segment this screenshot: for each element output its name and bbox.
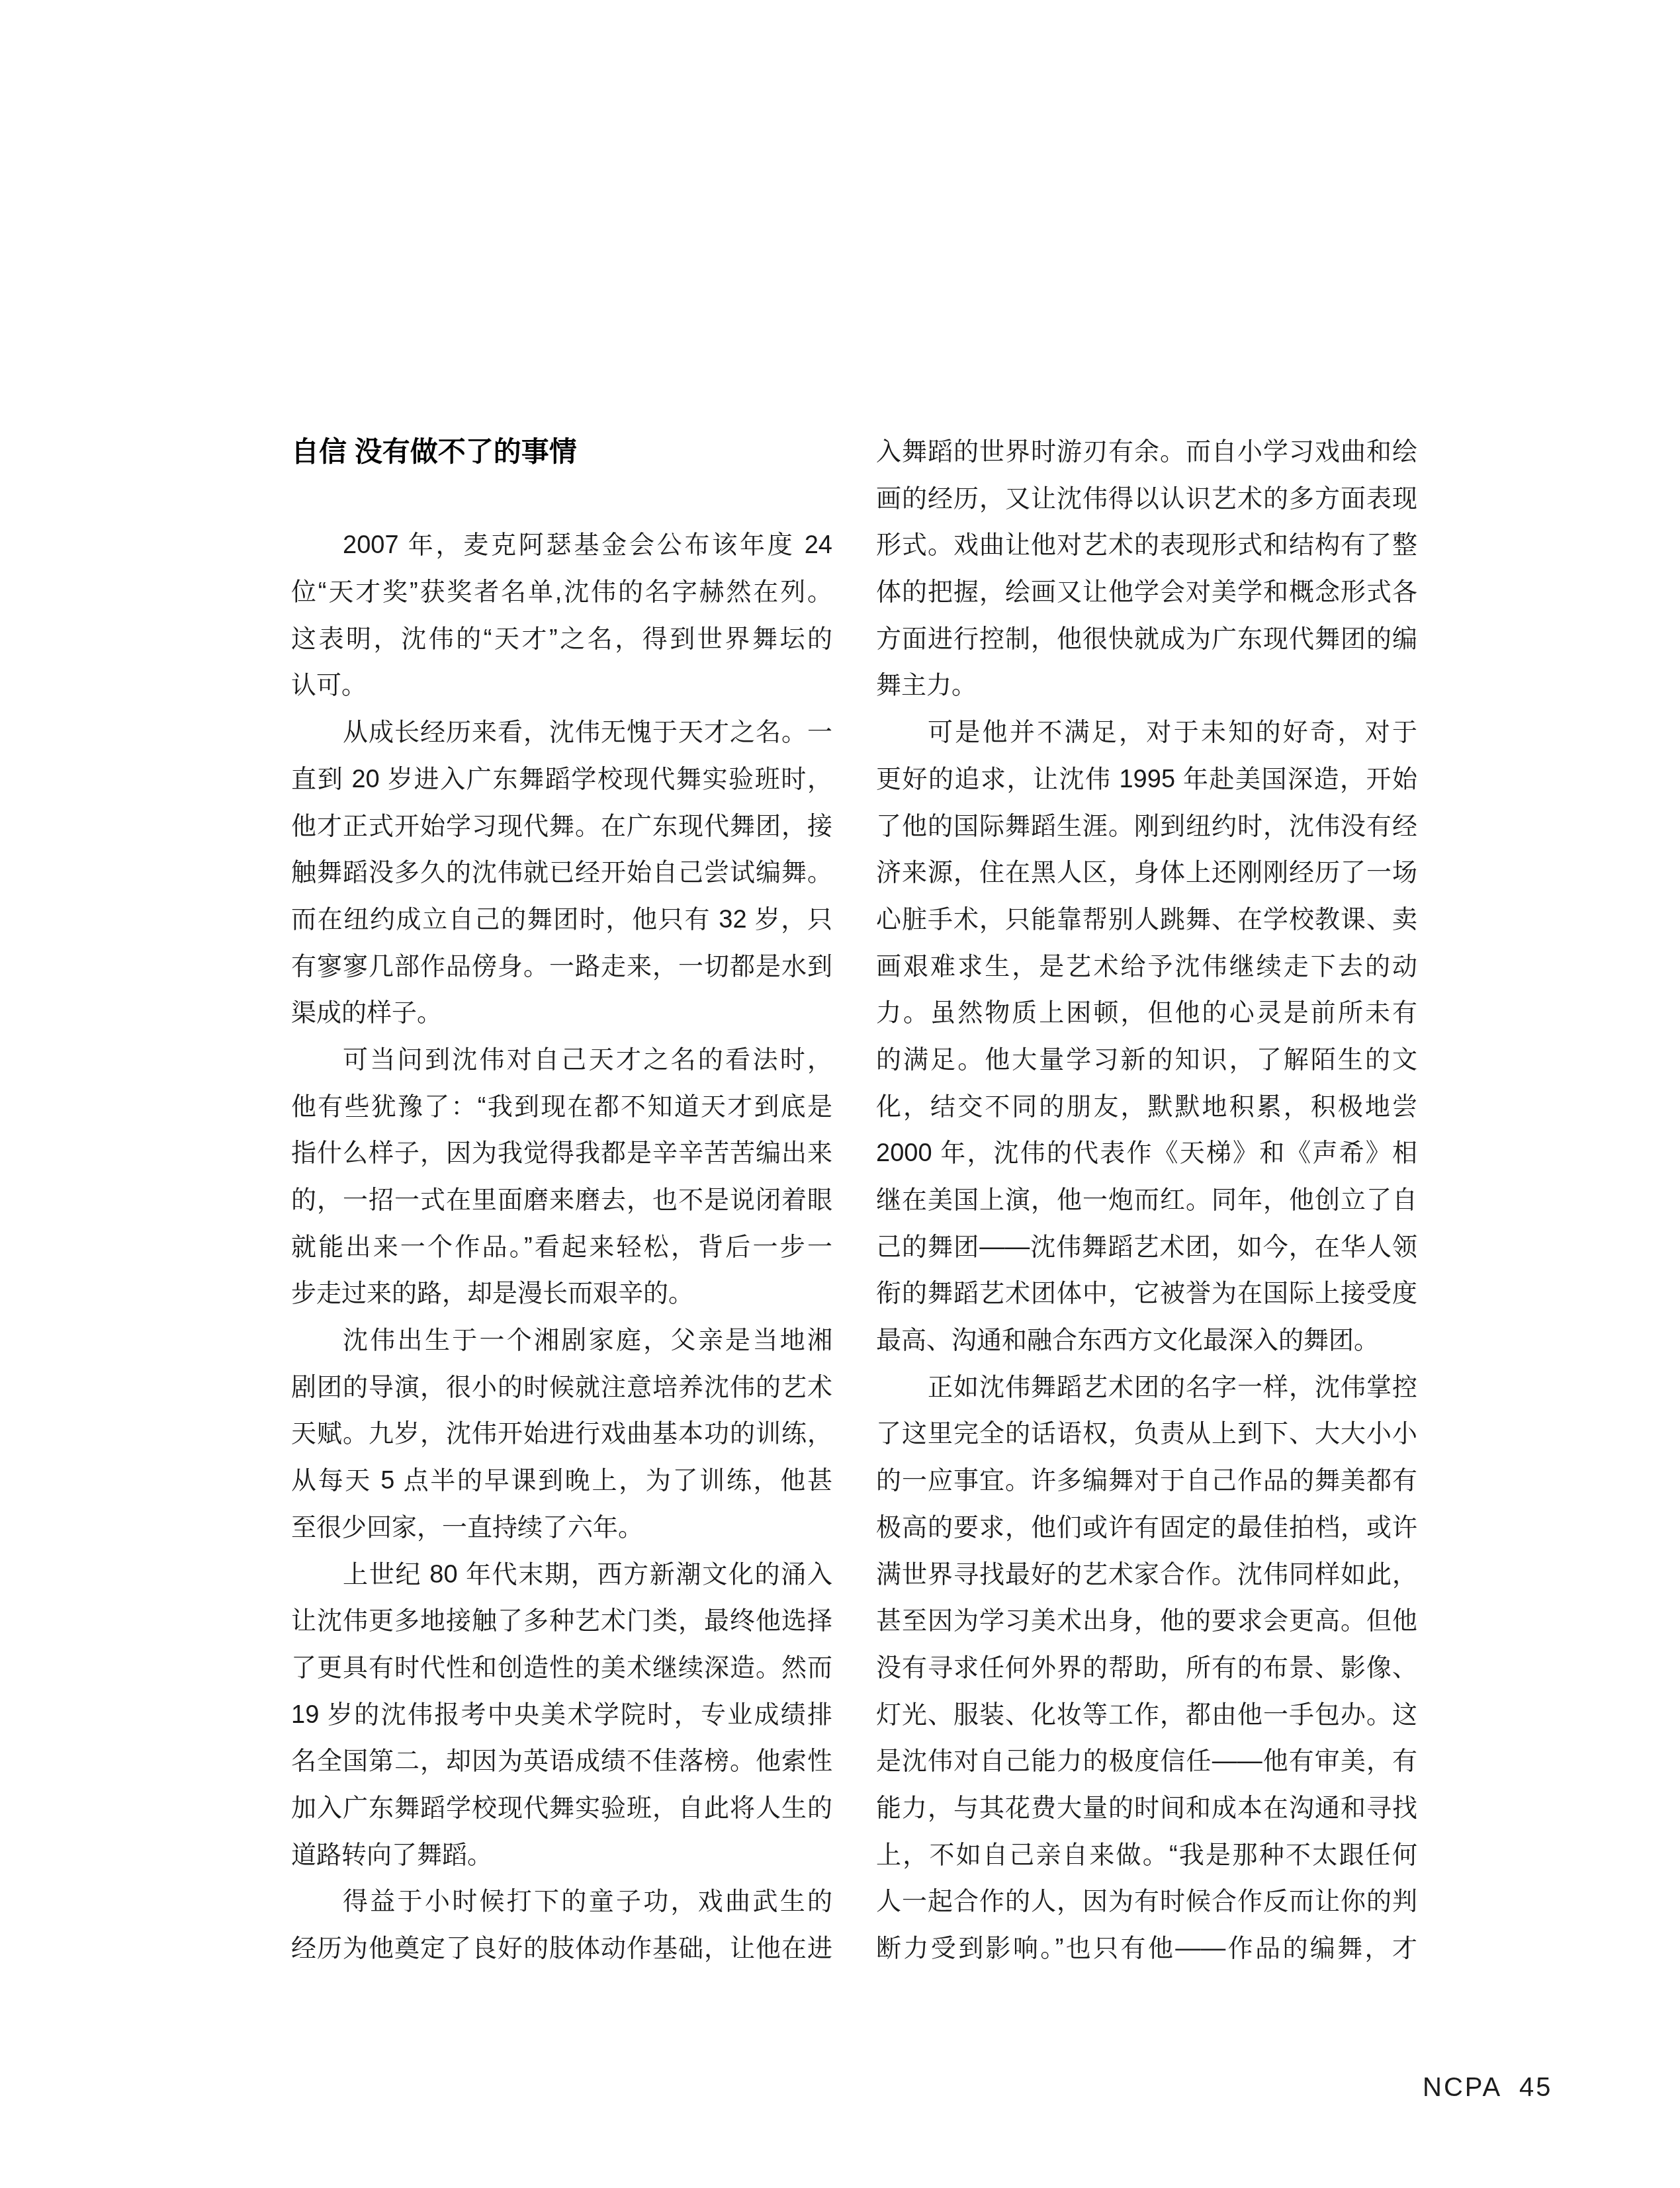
text-line: 是沈伟对自己能力的极度信任——他有审美，有 <box>876 1738 1417 1785</box>
text-line: 19 岁的沈伟报考中央美术学院时，专业成绩排 <box>291 1692 832 1739</box>
text-line: 满世界寻找最好的艺术家合作。沈伟同样如此， <box>876 1552 1417 1598</box>
left-column-lines: 2007 年，麦克阿瑟基金会公布该年度 24位“天才奖”获奖者名单,沈伟的名字赫… <box>291 522 832 1972</box>
text-line: 甚至因为学习美术出身，他的要求会更高。但他 <box>876 1598 1417 1645</box>
text-line: 上，不如自己亲自来做。“我是那种不太跟任何 <box>876 1832 1417 1879</box>
text-line: 入舞蹈的世界时游刃有余。而自小学习戏曲和绘 <box>876 429 1417 476</box>
section-heading: 自信 没有做不了的事情 <box>291 429 832 476</box>
text-line: 加入广东舞蹈学校现代舞实验班，自此将人生的 <box>291 1785 832 1832</box>
right-column: 入舞蹈的世界时游刃有余。而自小学习戏曲和绘画的经历，又让沈伟得以认识艺术的多方面… <box>876 429 1417 1972</box>
text-line: 让沈伟更多地接触了多种艺术门类，最终他选择 <box>291 1598 832 1645</box>
text-line: 上世纪 80 年代末期，西方新潮文化的涌入 <box>291 1552 832 1598</box>
text-line: 了这里完全的话语权，负责从上到下、大大小小 <box>876 1411 1417 1458</box>
text-line: 认可。 <box>291 662 832 709</box>
text-line: 2000 年，沈伟的代表作《天梯》和《声希》相 <box>876 1130 1417 1177</box>
text-line: 触舞蹈没多久的沈伟就已经开始自己尝试编舞。 <box>291 850 832 897</box>
text-line: 渠成的样子。 <box>291 990 832 1037</box>
magazine-page: 自信 没有做不了的事情 2007 年，麦克阿瑟基金会公布该年度 24位“天才奖”… <box>0 0 1680 2188</box>
text-line: 的一应事宜。许多编舞对于自己作品的舞美都有 <box>876 1458 1417 1505</box>
text-line: 可当问到沈伟对自己天才之名的看法时， <box>291 1037 832 1084</box>
text-line: 了他的国际舞蹈生涯。刚到纽约时，沈伟没有经 <box>876 803 1417 850</box>
text-line: 更好的追求，让沈伟 1995 年赴美国深造，开始 <box>876 756 1417 803</box>
heading-spacer <box>291 476 832 523</box>
text-line: 沈伟出生于一个湘剧家庭，父亲是当地湘 <box>291 1317 832 1364</box>
text-line: 从每天 5 点半的早课到晚上，为了训练，他甚 <box>291 1458 832 1505</box>
text-line: 最高、沟通和融合东西方文化最深入的舞团。 <box>876 1317 1417 1364</box>
text-line: 心脏手术，只能靠帮别人跳舞、在学校教课、卖 <box>876 897 1417 943</box>
text-line: 可是他并不满足，对于未知的好奇，对于 <box>876 709 1417 756</box>
text-line: 形式。戏曲让他对艺术的表现形式和结构有了整 <box>876 522 1417 569</box>
text-line: 没有寻求任何外界的帮助，所有的布景、影像、 <box>876 1645 1417 1692</box>
text-line: 化，结交不同的朋友，默默地积累，积极地尝试。 <box>876 1084 1417 1131</box>
text-line: 就能出来一个作品。”看起来轻松，背后一步一 <box>291 1224 832 1271</box>
text-line: 这表明，沈伟的“天才”之名，得到世界舞坛的 <box>291 616 832 663</box>
text-line: 衔的舞蹈艺术团体中，它被誉为在国际上接受度 <box>876 1270 1417 1317</box>
text-line: 他才正式开始学习现代舞。在广东现代舞团，接 <box>291 803 832 850</box>
text-line: 的满足。他大量学习新的知识，了解陌生的文 <box>876 1037 1417 1084</box>
text-line: 画艰难求生，是艺术给予沈伟继续走下去的动 <box>876 943 1417 990</box>
text-line: 直到 20 岁进入广东舞蹈学校现代舞实验班时， <box>291 756 832 803</box>
text-line: 剧团的导演，很小的时候就注意培养沈伟的艺术 <box>291 1364 832 1411</box>
text-line: 他有些犹豫了：“我到现在都不知道天才到底是 <box>291 1084 832 1131</box>
text-line: 至很少回家，一直持续了六年。 <box>291 1505 832 1552</box>
text-line: 2007 年，麦克阿瑟基金会公布该年度 24 <box>291 522 832 569</box>
text-line: 而在纽约成立自己的舞团时，他只有 32 岁，只 <box>291 897 832 943</box>
text-line: 有寥寥几部作品傍身。一路走来，一切都是水到 <box>291 943 832 990</box>
text-line: 灯光、服装、化妆等工作，都由他一手包办。这 <box>876 1692 1417 1739</box>
text-line: 步走过来的路，却是漫长而艰辛的。 <box>291 1270 832 1317</box>
text-line: 天赋。九岁，沈伟开始进行戏曲基本功的训练， <box>291 1411 832 1458</box>
text-line: 了更具有时代性和创造性的美术继续深造。然而 <box>291 1645 832 1692</box>
text-line: 从成长经历来看，沈伟无愧于天才之名。一 <box>291 709 832 756</box>
page-number: NCPA 45 <box>1423 2073 1553 2103</box>
text-line: 正如沈伟舞蹈艺术团的名字一样，沈伟掌控 <box>876 1364 1417 1411</box>
text-line: 道路转向了舞蹈。 <box>291 1832 832 1879</box>
text-line: 极高的要求，他们或许有固定的最佳拍档，或许 <box>876 1505 1417 1552</box>
text-line: 的，一招一式在里面磨来磨去，也不是说闭着眼 <box>291 1177 832 1224</box>
left-column: 自信 没有做不了的事情 2007 年，麦克阿瑟基金会公布该年度 24位“天才奖”… <box>291 429 832 1972</box>
text-line: 名全国第二，却因为英语成绩不佳落榜。他索性 <box>291 1738 832 1785</box>
text-line: 经历为他奠定了良好的肢体动作基础，让他在进 <box>291 1925 832 1972</box>
text-line: 继在美国上演，他一炮而红。同年，他创立了自 <box>876 1177 1417 1224</box>
text-line: 能力，与其花费大量的时间和成本在沟通和寻找 <box>876 1785 1417 1832</box>
text-line: 济来源，住在黑人区，身体上还刚刚经历了一场 <box>876 850 1417 897</box>
text-line: 己的舞团——沈伟舞蹈艺术团，如今，在华人领 <box>876 1224 1417 1271</box>
text-line: 得益于小时候打下的童子功，戏曲武生的 <box>291 1878 832 1925</box>
text-line: 舞主力。 <box>876 662 1417 709</box>
text-line: 人一起合作的人，因为有时候合作反而让你的判 <box>876 1878 1417 1925</box>
text-line: 方面进行控制，他很快就成为广东现代舞团的编 <box>876 616 1417 663</box>
text-line: 指什么样子，因为我觉得我都是辛辛苦苦编出来 <box>291 1130 832 1177</box>
text-line: 位“天才奖”获奖者名单,沈伟的名字赫然在列。 <box>291 569 832 616</box>
text-line: 画的经历，又让沈伟得以认识艺术的多方面表现 <box>876 476 1417 523</box>
right-column-lines: 入舞蹈的世界时游刃有余。而自小学习戏曲和绘画的经历，又让沈伟得以认识艺术的多方面… <box>876 429 1417 1972</box>
text-line: 体的把握，绘画又让他学会对美学和概念形式各 <box>876 569 1417 616</box>
text-line: 力。虽然物质上困顿，但他的心灵是前所未有 <box>876 990 1417 1037</box>
text-line: 断力受到影响。”也只有他——作品的编舞，才 <box>876 1925 1417 1972</box>
